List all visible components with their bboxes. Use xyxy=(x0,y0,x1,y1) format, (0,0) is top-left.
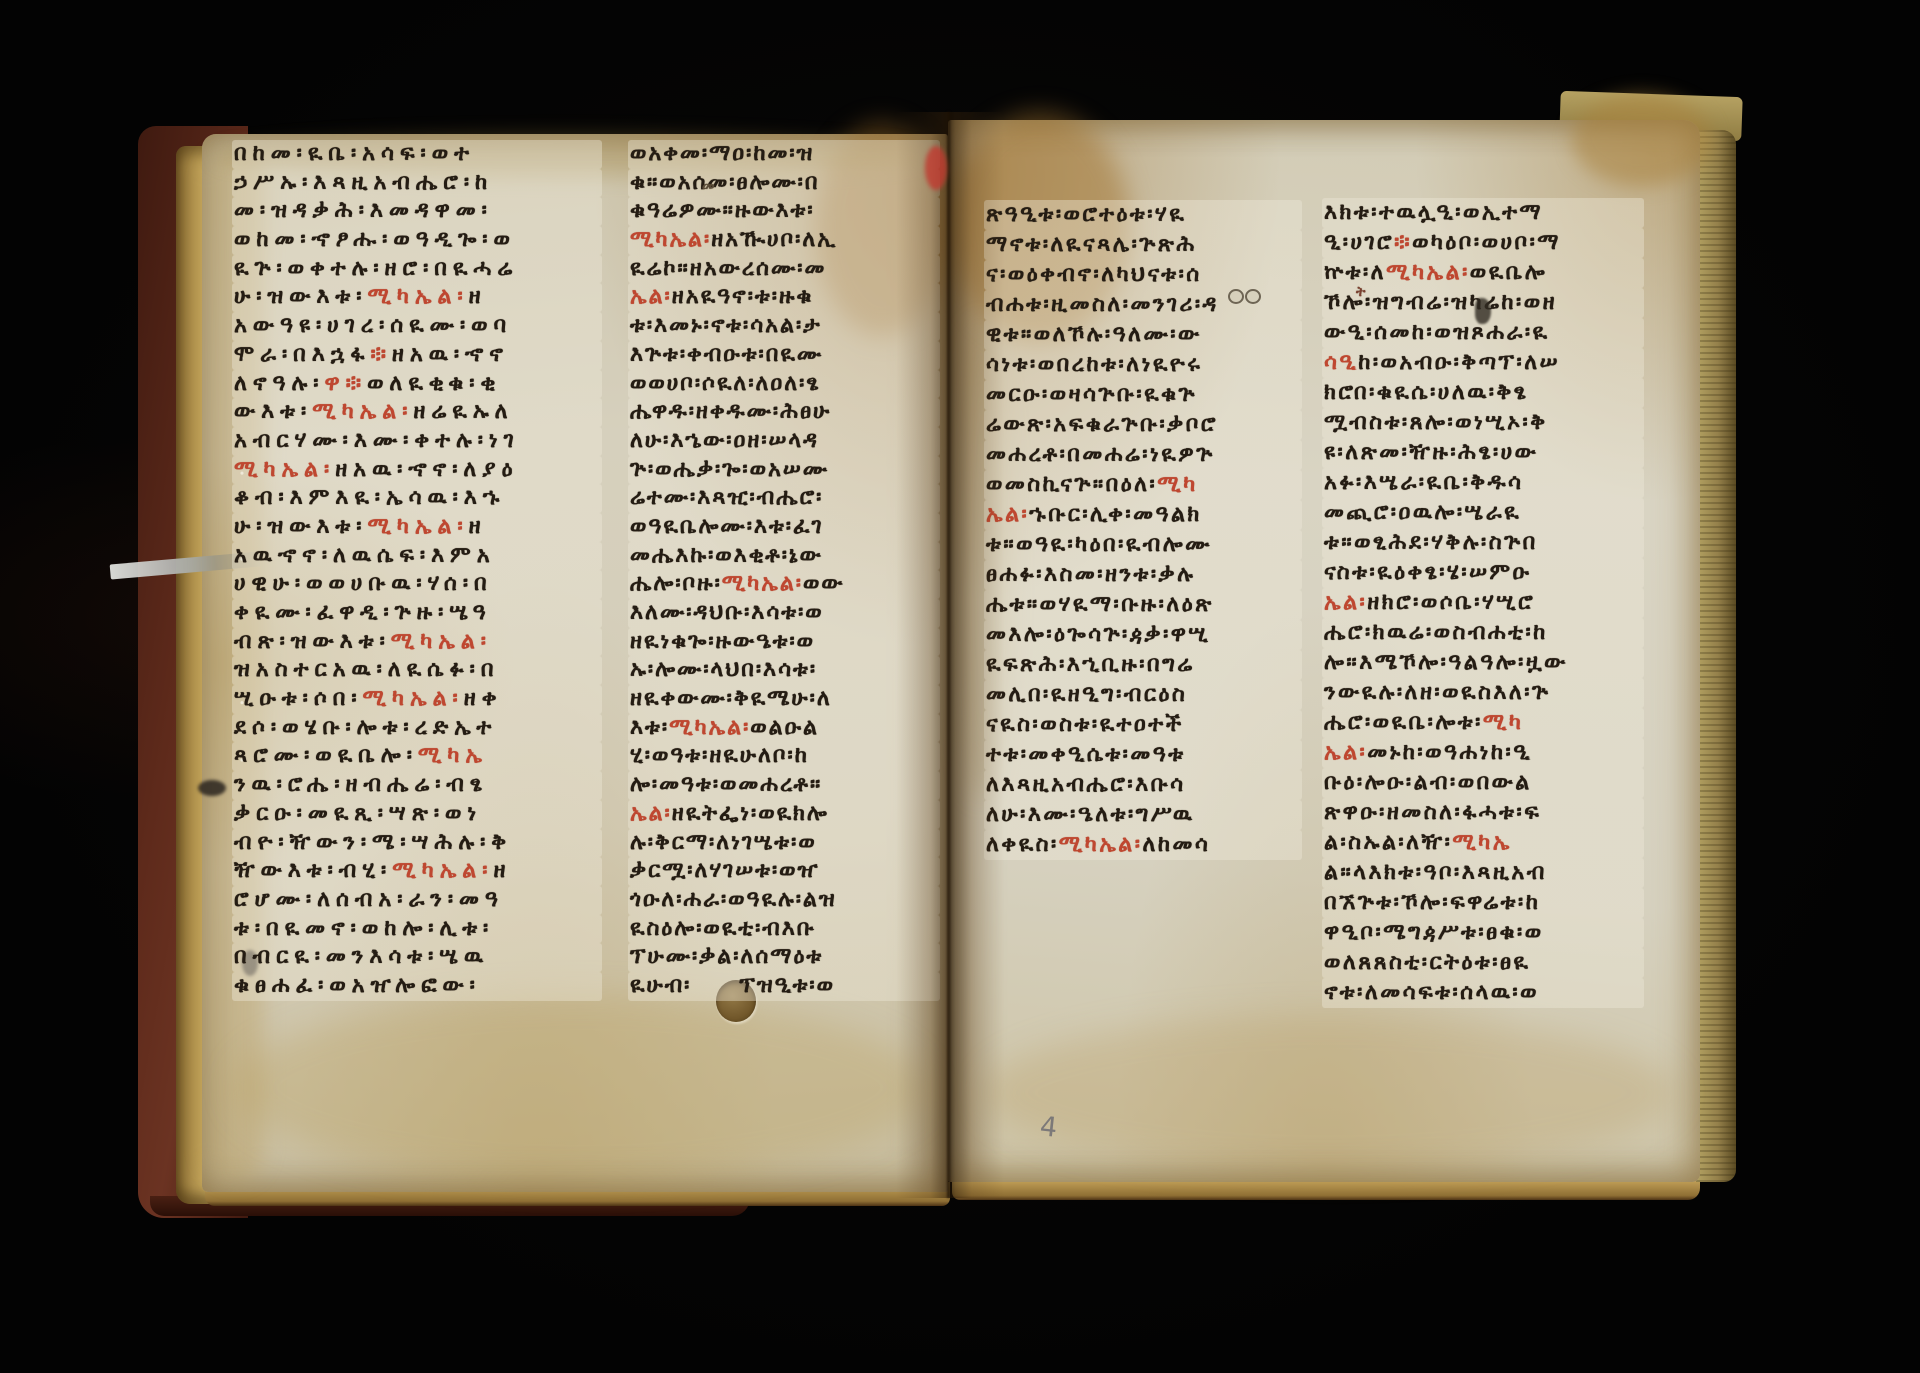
manuscript-text-line: ሟብስቱ፡ጸሎ፡ወነሢኦ፡ቅ xyxy=(1322,408,1644,438)
manuscript-text-line: መሔእኩ፡ወእቂቶ፡ኔው xyxy=(628,542,940,571)
manuscript-text-line: ለቀዪስ፡ሚካኤል፡ለከመሳ xyxy=(984,830,1302,860)
manuscript-text-line: ናዪስ፡ወስቱ፡ዪተዐተች xyxy=(984,710,1302,740)
manuscript-text-line: ወወሀቦ፡ሶዪለ፡ለዐለ፡ፄ xyxy=(628,370,940,399)
manuscript-text-line: ል።ላእክቱ፡ዓቦ፡እጻዚአብ xyxy=(1322,858,1644,888)
manuscript-text-line: ሳነቱ፡ወበረከቱ፡ለነዪዮሩ xyxy=(984,350,1302,380)
manuscript-text-line: ዩ፡ለጽመ፡ዥዙ፡ሕፄ፡ሀው xyxy=(1322,438,1644,468)
interlinear-correction: መ xyxy=(702,178,715,194)
manuscript-text-line: መሊበ፡ዪዘዒግ፡ብርዕስ xyxy=(984,680,1302,710)
manuscript-text-line: ኤል፡ዘክሮ፡ወሶቤ፡ሃሢሮ xyxy=(1322,588,1644,618)
manuscript-text-line: ንውዪሉ፡ለዘ፡ወዪስእለ፡ጕ xyxy=(1322,678,1644,708)
manuscript-text-line: ጕ፡ወሔቃ፡ጐ፡ወአሠሙ xyxy=(628,456,940,485)
manuscript-text-line: ለሁ፡እሙ፡ዔለቱ፡ግሥዉ xyxy=(984,800,1302,830)
manuscript-text-line: ዥውእቱ፡ብሂ፡ሚካኤል፡ዘ xyxy=(232,857,602,886)
manuscript-text-line: ሬተሙ፡እጻዢ፡ብሔሮ፡ xyxy=(628,484,940,513)
manuscript-text-line: ሉ፡ቅርማ፡ለነገሤቱ፡ወ xyxy=(628,829,940,858)
manuscript-text-line: ቡዕ፡ሎዑ፡ልብ፡ወበውል xyxy=(1322,768,1644,798)
manuscript-text-line: ሂ፡ወዓቱ፡ዘዪሁለቦ፡ከ xyxy=(628,742,940,771)
manuscript-text-line: ፀሐፉ፡እስመ፡ዘንቱ፡ቃሉ xyxy=(984,560,1302,590)
manuscript-text-line: እጕቱ፡ቀብዑቱ፡በዪሙ xyxy=(628,341,940,370)
manuscript-text-line: ና፡ወዕቀብኖ፡ለካህናቱ፡ሰ xyxy=(984,260,1302,290)
manuscript-text-line: ኵቱ፡ለሚካኤል፡ወዪቤሎ xyxy=(1322,258,1644,288)
manuscript-text-line: ዪሬኮ።ዘአውረሰሙ፡መ xyxy=(628,255,940,284)
manuscript-text-line: እክቱ፡ተዉሏዒ፡ወኢተማ xyxy=(1322,198,1644,228)
manuscript-text-line: እቱ፡ሚካኤል፡ወልዑል xyxy=(628,714,940,743)
manuscript-text-line: ብጽ፡ዝውእቱ፡ሚካኤል፡ xyxy=(232,628,602,657)
manuscript-text-line: ቱ።ወዓዪ፡ካዕበ፡ዪብሎሙ xyxy=(984,530,1302,560)
manuscript-text-line: ዒ፡ሀገሮ፨ወካዕቦ፡ወሀቦ፡ማ xyxy=(1322,228,1644,258)
manuscript-text-line: ሚካኤል፡ዘአዂሀቦ፡ለኢ xyxy=(628,226,940,255)
manuscript-text-line: ለኖዓሉ፡ዋ፨ወለዪቂቁ፡ቂ xyxy=(232,370,602,399)
text-column-2: ወአቀመ፡ማዐ፡ከመ፡ዝቁ።ወአሰመ፡ፀሎሙ፡በቁዓሬዎሙ።ዙውእቱ፡ሚካኤል፡… xyxy=(628,140,940,1001)
manuscript-text-line: ለሁ፡እኄው፡ዐዘ፡ሠላዳ xyxy=(628,427,940,456)
manuscript-text-line: ወመስኪናጕ።በዕለ፡ሚካ xyxy=(984,470,1302,500)
manuscript-text-line: ቁ።ወአሰመ፡ፀሎሙ፡በ xyxy=(628,169,940,198)
photo-background: መ ት 4 በከመ፡ዪቤ፡አሳፍ፡ወተኃሥኡ፡እጻዚአብሔሮ፡ከመ፡ዝዳቃሕ፡እ… xyxy=(0,0,1920,1373)
manuscript-text-line: አብርሃሙ፡እሙ፡ቀተሉ፡ነገ xyxy=(232,427,602,456)
manuscript-text-line: ሮሆሙ፡ለሰብአ፡ራን፡መዓ xyxy=(232,886,602,915)
manuscript-text-line: ሔሮ፡ወዪቤ፡ሎቱ፡ሚካ xyxy=(1322,708,1644,738)
manuscript-text-line: ሎ፡መዓቱ፡ወመሐረቶ። xyxy=(628,771,940,800)
pencil-folio-number: 4 xyxy=(1038,1111,1058,1144)
manuscript-text-line: አውዓዩ፡ሀገረ፡ሰዪሙ፡ወባ xyxy=(232,312,602,341)
manuscript-text-line: ቃርሟ፡ለሃገሠቱ፡ወዠ xyxy=(628,857,940,886)
manuscript-text-line: ሬውጽ፡አፍቁራጕቡ፡ቃቦሮ xyxy=(984,410,1302,440)
manuscript-text-line: ክሮበ፡ቁዪሴ፡ሀለዉ፡ቅፄ xyxy=(1322,378,1644,408)
manuscript-text-line: ሢዑቱ፡ሶበ፡ሚካኤል፡ዘቀ xyxy=(232,685,602,714)
manuscript-text-line: ቀዪሙ፡ፈዋዲ፡ጕዙ፡ሤዓ xyxy=(232,599,602,628)
manuscript-text-line: ንዉ፡ሮሔ፡ዘብሔሬ፡ብፄ xyxy=(232,771,602,800)
manuscript-text-line: ወዓዪቤሎሙ፡እቱ፡ፈገ xyxy=(628,513,940,542)
manuscript-text-line: ፕሁሙ፡ቃል፡ለሰማዕቱ xyxy=(628,943,940,972)
manuscript-text-line: አፉ፡እሤራ፡ዪቤ፡ቅዱሳ xyxy=(1322,468,1644,498)
manuscript-text-line: ደሶ፡ወሄቡ፡ሎቱ፡ረድኤተ xyxy=(232,714,602,743)
manuscript-text-line: ኤል፡ዘዪትፌነ፡ወዪክሎ xyxy=(628,800,940,829)
manuscript-text-line: ዪጕ፡ወቀተሉ፡ዘሮ፡በዪሓሬ xyxy=(232,255,602,284)
manuscript-text-line: ጎዑለ፡ሐራ፡ወዓዪሉ፡ልዝ xyxy=(628,886,940,915)
manuscript-text-line: ናስቱ፡ዪዕቀፄ፡ሄ፡ሠምዑ xyxy=(1322,558,1644,588)
manuscript-text-line: እለሙ፡ዳህቡ፡እሳቱ፡ወ xyxy=(628,599,940,628)
manuscript-text-line: ዊቱ።ወለኾሉ፡ዓለሙ፡ው xyxy=(984,320,1302,350)
manuscript-text-line: ማኖቱ፡ለዪናጻሌ፡ጕጽሕ xyxy=(984,230,1302,260)
manuscript-text-line: በከመ፡ዪቤ፡አሳፍ፡ወተ xyxy=(232,140,602,169)
manuscript-text-line: ኃሥኡ፡እጻዚአብሔሮ፡ከ xyxy=(232,169,602,198)
manuscript-text-line: ወአቀመ፡ማዐ፡ከመ፡ዝ xyxy=(628,140,940,169)
manuscript-text-line: ዪስዕሎ፡ወዪቲ፡ብእቡ xyxy=(628,915,940,944)
manuscript-text-line: ኡ፡ሎሙ፡ላህበ፡እሳቱ፡ xyxy=(628,656,940,685)
ink-blot xyxy=(1475,298,1491,324)
manuscript-text-line: ወለጸጸስቲ፡ርትዕቱ፡ፀዪ xyxy=(1322,948,1644,978)
manuscript-text-line: ል፡ስኡል፡ለዥ፡ሚካኤ xyxy=(1322,828,1644,858)
manuscript-text-line: ሔቱ።ወሃዪማ፡ቡዙ፡ለዕጽ xyxy=(984,590,1302,620)
manuscript-text-line: ለእጻዚአብሔሮ፡እቡሳ xyxy=(984,770,1302,800)
manuscript-text-line: ሚካኤል፡ዘአዉ፡ኆኖ፡ለያዕ xyxy=(232,456,602,485)
manuscript-text-line: ሁ፡ዝውእቱ፡ሚካኤል፡ዘ xyxy=(232,283,602,312)
manuscript-text-line: መ፡ዝዳቃሕ፡እመዳዋመ፡ xyxy=(232,197,602,226)
manuscript-text-line: ጽዋዑ፡ዘመስለ፡ፋሓቱ፡ፍ xyxy=(1322,798,1644,828)
manuscript-text-line: ሎ።እሜኾሎ፡ዓልዓሎ፡ዟው xyxy=(1322,648,1644,678)
manuscript-text-line: ቃርዑ፡መዪጺ፡ሣጽ፡ወነ xyxy=(232,800,602,829)
manuscript-text-line: ዘዪነቁጐ፡ዙውዔቱ፡ወ xyxy=(628,628,940,657)
text-column-1: በከመ፡ዪቤ፡አሳፍ፡ወተኃሥኡ፡እጻዚአብሔሮ፡ከመ፡ዝዳቃሕ፡እመዳዋመ፡ወ… xyxy=(232,140,602,1001)
interlinear-correction: ት xyxy=(1356,284,1365,300)
manuscript-text-line: ተቱ፡መቀዒሴቱ፡መዓቱ xyxy=(984,740,1302,770)
manuscript-text-line: ዋዒቦ፡ሜግዻሥቱ፡ፀቁ፡ወ xyxy=(1322,918,1644,948)
manuscript-text-line: ብዮ፡ዥውን፡ሜ፡ሣሕሉ፡ቅ xyxy=(232,829,602,858)
manuscript-text-line: ሔሮ፡ክዉሬ፡ወስብሐቲ፡ከ xyxy=(1322,618,1644,648)
manuscript-text-line: መጪሮ፡ዐዉሎ፡ሤራዪ xyxy=(1322,498,1644,528)
manuscript-text-line: ሳዒከ፡ወአብዑ፡ቅጣፕ፡ለሠ xyxy=(1322,348,1644,378)
corrector-doodle xyxy=(1228,289,1272,303)
manuscript-text-line: ሔዋዱ፡ዘቀዱሙ፡ሕፀሁ xyxy=(628,398,940,427)
manuscript-text-line: ውእቱ፡ሚካኤል፡ዘሬዪኡለ xyxy=(232,398,602,427)
manuscript-text-line: ሞራ፡በእኋፋ፨ዘአዉ፡ኆኖ xyxy=(232,341,602,370)
manuscript-text-line: ሁ፡ዝውእቱ፡ሚካኤል፡ዘ xyxy=(232,513,602,542)
manuscript-text-line: መእሎ፡ዕጐሳጕ፡ዻቃ፡ዋሢ xyxy=(984,620,1302,650)
manuscript-text-line: መርዑ፡ወዛሳጕቡ፡ዪቁጕ xyxy=(984,380,1302,410)
fore-edge-page-stack xyxy=(1696,130,1736,1182)
manuscript-text-line: ጻሮሙ፡ወዪቤሎ፡ሚካኤ xyxy=(232,742,602,771)
manuscript-text-line: ሔሎ፡ቦዙ፡ሚካኤል፡ወው xyxy=(628,570,940,599)
manuscript-text-line: ዘዪቀውሙ፡ቅዪሜሁ፡ለ xyxy=(628,685,940,714)
manuscript-text-line: ዝአስተርአዉ፡ለዪሴፉ፡በ xyxy=(232,656,602,685)
manuscript-text-line: ኤል፡መኑከ፡ወዓሐነከ፡ዒ xyxy=(1322,738,1644,768)
manuscript-text-line: ኤል፡ኁቡር፡ሊቀ፡መዓልክ xyxy=(984,500,1302,530)
manuscript-text-line: ቱ፡በዪመኖ፡ወከሎ፡ሊቱ፡ xyxy=(232,915,602,944)
manuscript-text-line: ቆብ፡እምእዪ፡ኤሳዉ፡እኁ xyxy=(232,484,602,513)
manuscript-text-line: ዪፍጽሕ፡እኂቢዙ፡በግሬ xyxy=(984,650,1302,680)
manuscript-text-line: ወከመ፡ኆፆሑ፡ወዓዲጐ፡ወ xyxy=(232,226,602,255)
manuscript-text-line: ሀዊሁ፡ወወሀቡዉ፡ሃሰ፡በ xyxy=(232,570,602,599)
manuscript-text-line: ቁዓሬዎሙ።ዙውእቱ፡ xyxy=(628,197,940,226)
manuscript-text-line: ቁፀሐፈ፡ወአዠሎፎው፡ xyxy=(232,972,602,1001)
manuscript-text-line: ቱ፡እመኑ፡ኖቱ፡ሳአል፡ታ xyxy=(628,312,940,341)
manuscript-text-line: መሐረቶ፡በመሐሬ፡ነዪዎጕ xyxy=(984,440,1302,470)
manuscript-text-line: ኤል፡ዘአዪዓኖ፡ቱ፡ዙቁ xyxy=(628,283,940,312)
manuscript-text-line: በኧጕቱ፡ኾሎ፡ፍዋሬቱ፡ከ xyxy=(1322,888,1644,918)
manuscript-text-line: ቱ።ወፂሕደ፡ሃቅሉ፡ስጕበ xyxy=(1322,528,1644,558)
manuscript-text-line: ኖቱ፡ለመሳፍቱ፡ሰላዉ፡ወ xyxy=(1322,978,1644,1008)
manuscript-text-line: ጽዓዒቱ፡ወሮተዕቱ፡ሃዪ xyxy=(984,200,1302,230)
manuscript-text-line: ዪሁብ፡ ፕዝዒቱ፡ወ xyxy=(628,972,940,1001)
manuscript-text-line: አዉኆኖ፡ለዉሴፍ፡እምአ xyxy=(232,542,602,571)
manuscript-text-line: በብርዪ፡መንእሳቱ፡ሤዉ xyxy=(232,943,602,972)
